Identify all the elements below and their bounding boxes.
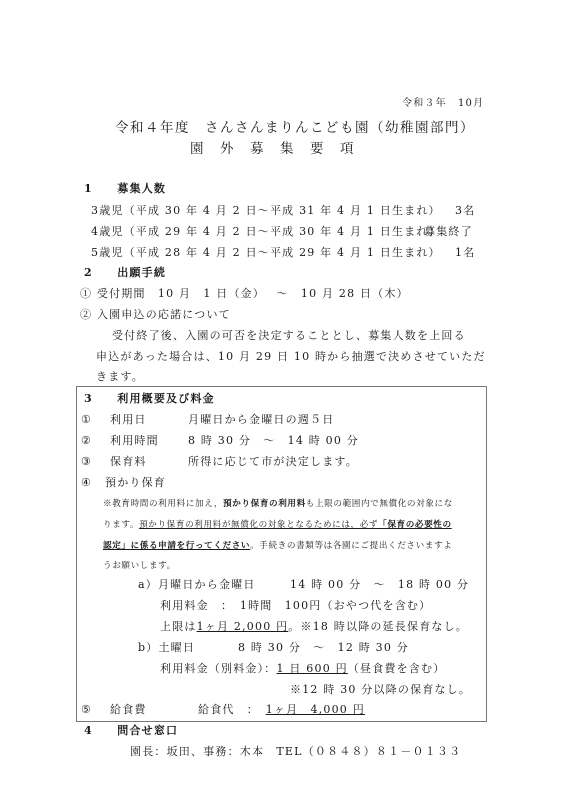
section1-heading: 1 募集人数 bbox=[84, 182, 166, 196]
item-value: 8 時 30 分 ～ 14 時 00 分 bbox=[188, 434, 359, 448]
item-value: 所得に応じて市が決定します。 bbox=[188, 455, 358, 469]
admission-response-heading: ② 入園申込の応諾について bbox=[80, 308, 231, 322]
item-value: 月曜日から金曜日の週５日 bbox=[188, 413, 334, 427]
fee-amount: 1 日 600 円 bbox=[277, 662, 348, 675]
saturday-childcare-fee: 利用料金（別料金）：1 日 600 円（昼食費を含む） bbox=[160, 662, 445, 676]
meal-fee-amount: 1ヶ月 4,000 円 bbox=[266, 703, 365, 716]
recruit-row-age: 4歳児（平成 29 年 4 月 2 日～平成 30 年 4 月 1 日生まれ） bbox=[91, 225, 441, 239]
admission-paragraph-line: きます。 bbox=[96, 370, 144, 384]
recruit-row-age: 5歳児（平成 28 年 4 月 2 日～平成 29 年 4 月 1 日生まれ） bbox=[91, 246, 441, 260]
note-text: 。手続きの書類等は各園にご提出くださいますよ bbox=[250, 541, 452, 551]
item-label: 給食費 bbox=[110, 703, 147, 717]
saturday-childcare-note: ※12 時 30 分以降の保育なし。 bbox=[290, 683, 471, 697]
item-label: 預かり保育 bbox=[105, 476, 166, 490]
note-emphasis: 預かり保育の利用料 bbox=[223, 499, 306, 509]
fee-text: （昼食費を含む） bbox=[348, 662, 446, 675]
recruit-row-count: 3名 bbox=[455, 204, 475, 218]
contact-info: 園長：坂田、事務：木本 TEL（０８４８）８１－０１３３ bbox=[130, 745, 461, 759]
section4-heading: 4 問合せ窓口 bbox=[84, 724, 178, 738]
document-date: 令和３年 10月 bbox=[402, 97, 484, 111]
weekday-childcare-limit: 上限は1ヶ月 2,000 円。※18 時以降の延長保育なし。 bbox=[160, 620, 468, 634]
weekday-childcare-label: a）月曜日から金曜日 bbox=[138, 578, 256, 592]
recruit-row-count: 1名 bbox=[455, 246, 475, 260]
childcare-note-line: ります。預かり保育の利用料が無償化の対象となるためには，必ず「保育の必要性の bbox=[103, 518, 452, 532]
admission-paragraph-line: 受付終了後、入園の可否を決定することとし、募集人数を上回る bbox=[112, 329, 466, 343]
item-number: ③ bbox=[81, 455, 92, 469]
section2-heading: 2 出願手続 bbox=[84, 266, 166, 280]
note-underlined: 預かり保育の利用料が無償化の対象となるためには，必ず bbox=[139, 520, 378, 530]
document-subtitle: 園 外 募 集 要 項 bbox=[190, 142, 355, 156]
note-emphasis: 「保育の必要性の bbox=[378, 520, 452, 530]
childcare-note-line: 認定」に係る申請を行ってください。手続きの書類等は各園にご提出くださいますよ bbox=[103, 539, 452, 553]
section3-heading: 3 利用概要及び料金 bbox=[84, 392, 215, 406]
recruit-row-age: 3歳児（平成 30 年 4 月 2 日～平成 31 年 4 月 1 日生まれ） bbox=[91, 204, 441, 218]
childcare-note-line: ※教育時間の利用料に加え，預かり保育の利用料も上限の範囲内で無償化の対象にな bbox=[103, 497, 453, 511]
weekday-childcare-fee: 利用料金 ： 1時間 100円（おやつ代を含む） bbox=[160, 599, 431, 613]
application-period: ① 受付期間 10 月 1 日（金） ～ 10 月 28 日（木） bbox=[80, 287, 409, 301]
note-text: も上限の範囲内で無償化の対象にな bbox=[306, 499, 453, 509]
limit-text: 上限は bbox=[160, 620, 197, 633]
saturday-childcare-label: b）土曜日 bbox=[138, 641, 195, 655]
fee-text: 利用料金（別料金）： bbox=[160, 662, 277, 675]
item-number: ⑤ bbox=[81, 703, 92, 717]
weekday-childcare-time: 14 時 00 分 ～ 18 時 00 分 bbox=[290, 578, 469, 592]
admission-paragraph-line: 申込があった場合は、10 月 29 日 10 時から抽選で決めさせていただ bbox=[96, 350, 486, 364]
meal-fee-text: 給食代 ： bbox=[198, 703, 266, 716]
meal-fee: 給食代 ： 1ヶ月 4,000 円 bbox=[198, 703, 365, 717]
document-title: 令和４年度 さんさんまりんこども園（幼稚園部門） bbox=[115, 121, 475, 135]
childcare-note-line: うお願いします。 bbox=[103, 559, 176, 573]
item-label: 利用時間 bbox=[110, 434, 159, 448]
item-number: ② bbox=[81, 434, 92, 448]
item-number: ① bbox=[81, 413, 92, 427]
limit-amount: 1ヶ月 2,000 円 bbox=[197, 620, 289, 633]
item-label: 利用日 bbox=[110, 413, 147, 427]
note-emphasis: 認定」に係る申請を行ってください bbox=[103, 541, 250, 551]
item-number: ④ bbox=[81, 476, 92, 490]
note-text: ※教育時間の利用料に加え， bbox=[103, 499, 223, 509]
recruit-row-count: 募集終了 bbox=[424, 225, 473, 239]
note-text: ります。 bbox=[103, 520, 139, 530]
item-label: 保育料 bbox=[110, 455, 147, 469]
limit-text: 。※18 時以降の延長保育なし。 bbox=[288, 620, 468, 633]
saturday-childcare-time: 8 時 30 分 ～ 12 時 30 分 bbox=[238, 641, 409, 655]
